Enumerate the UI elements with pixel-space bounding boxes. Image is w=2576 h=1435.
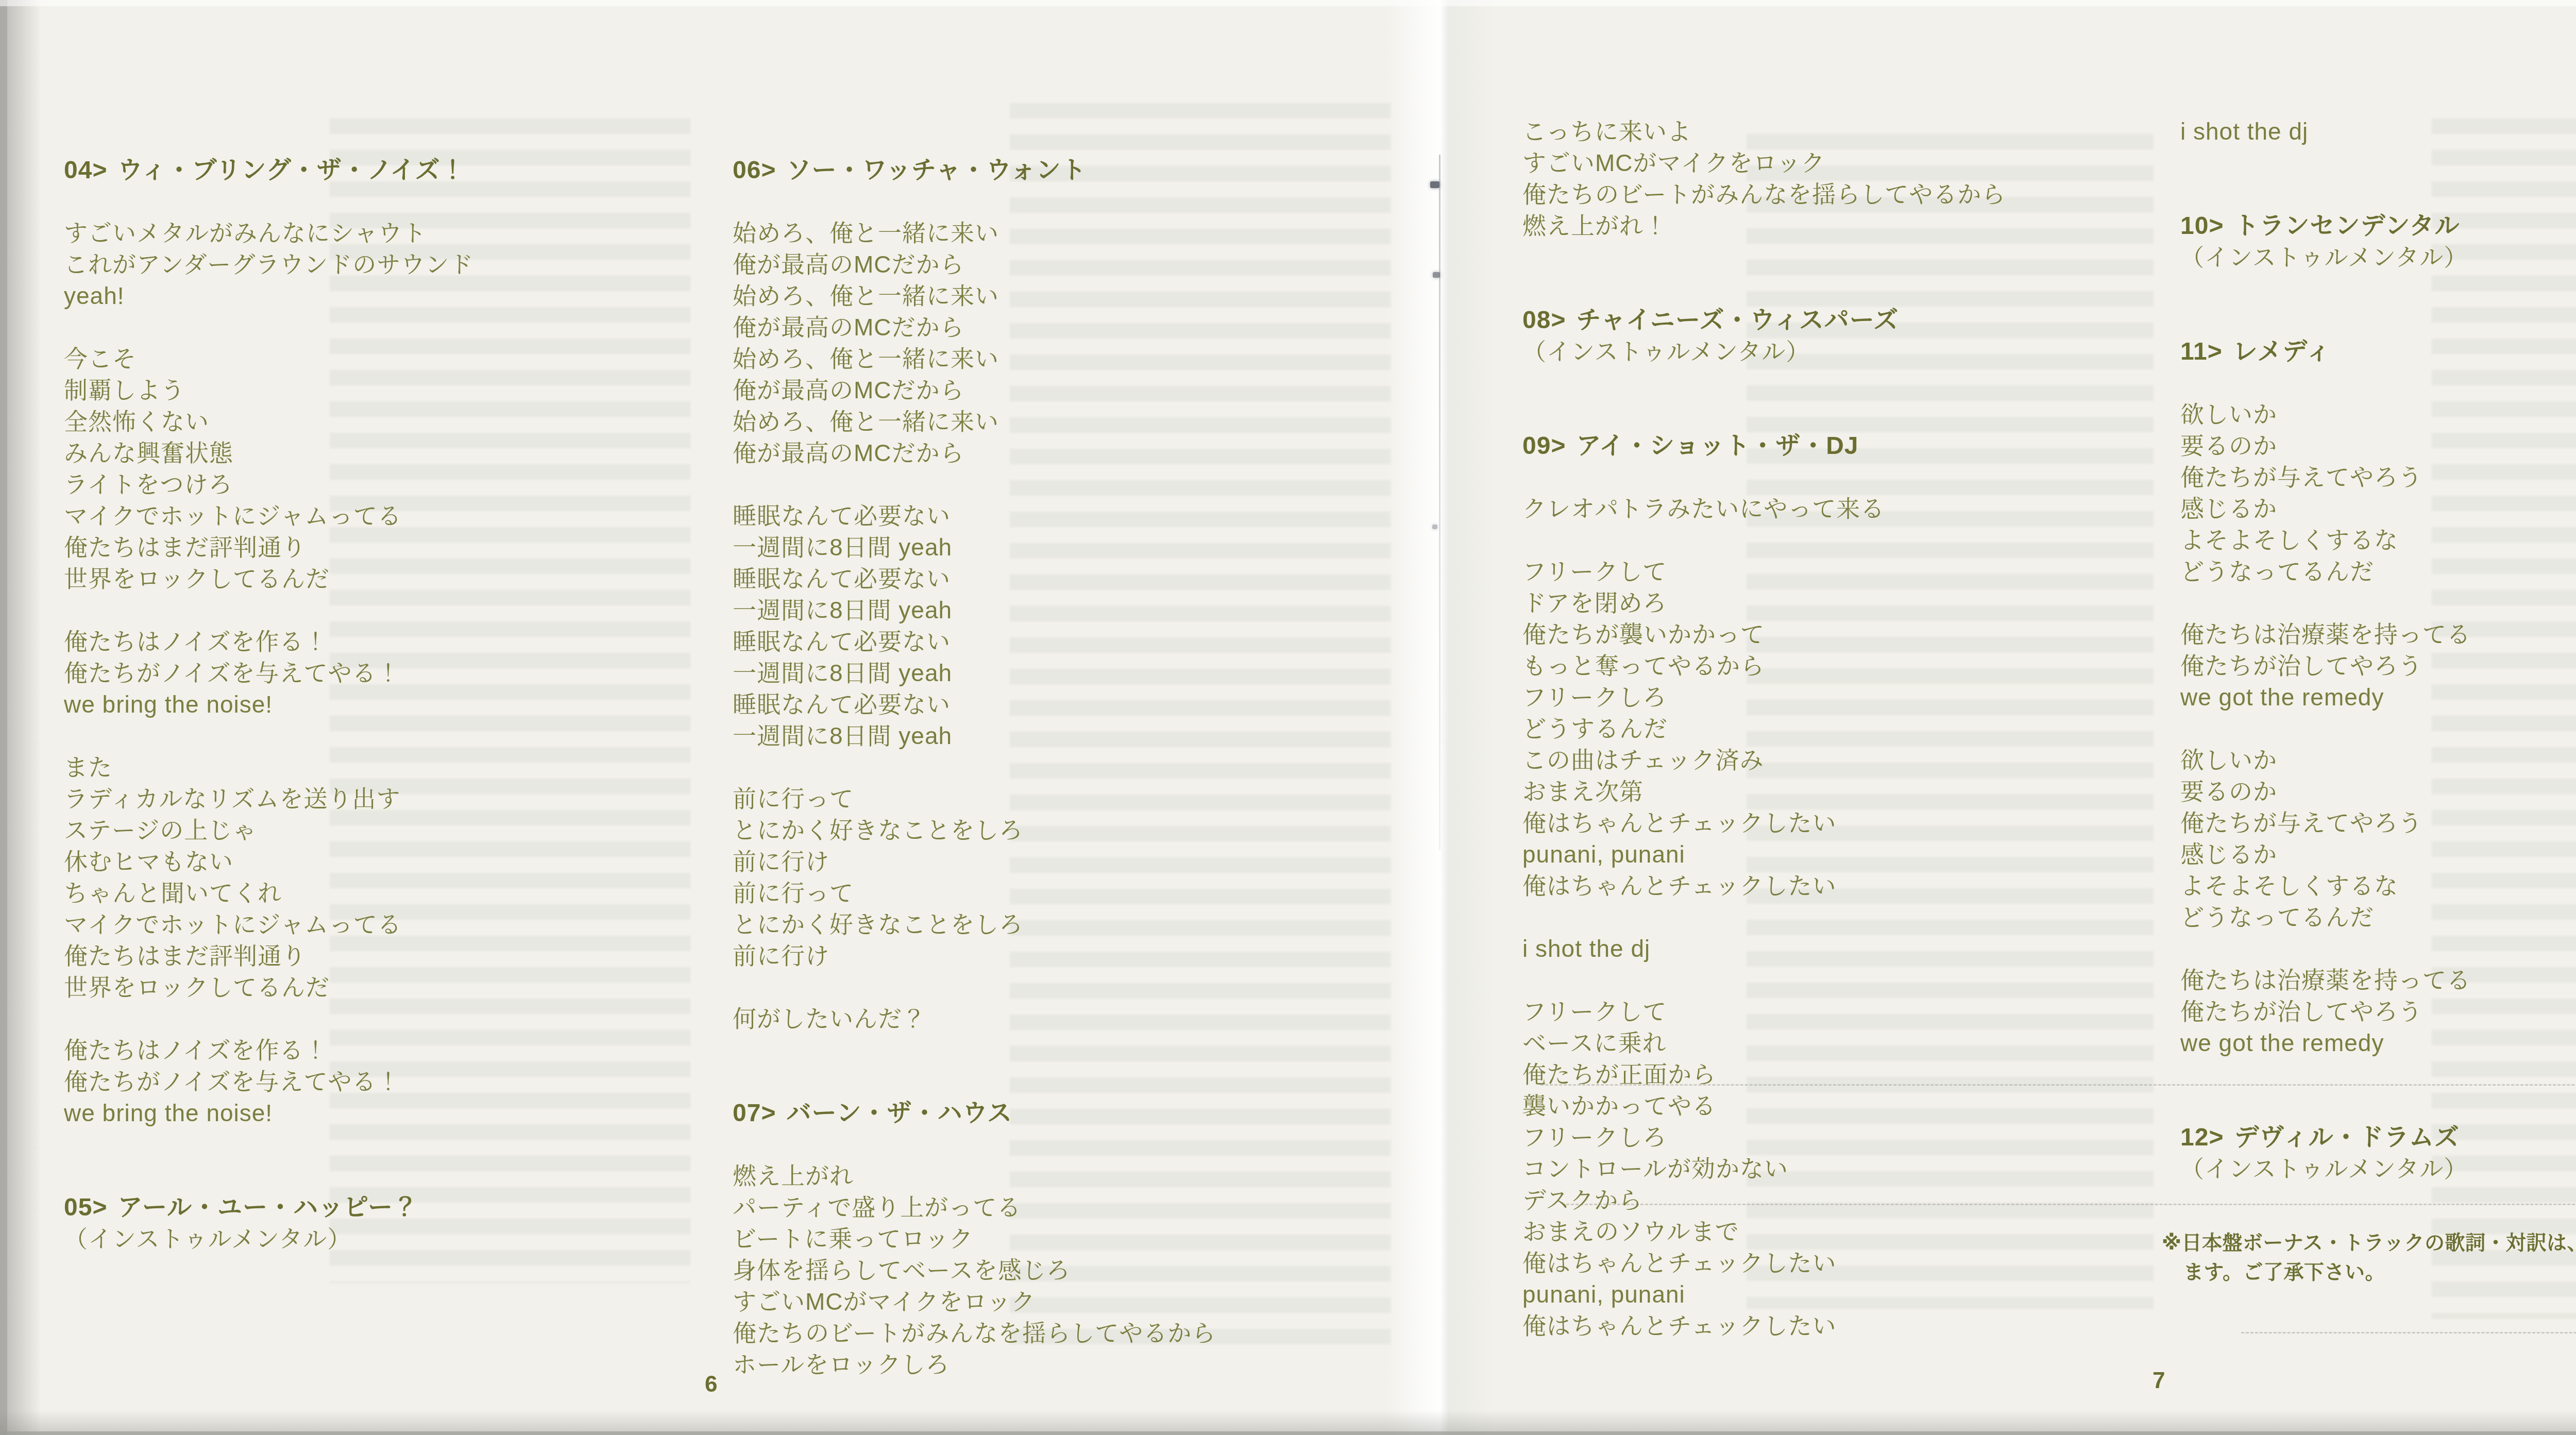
stanza-gap [1522, 242, 2208, 273]
footnote-line: ます。ご了承下さい。 [2162, 1258, 2576, 1287]
lyric-line: we bring the noise! [64, 689, 749, 720]
lyric-line: 俺たちのビートがみんなを揺らしてやるから [733, 1318, 1418, 1349]
stanza-gap [1522, 902, 2208, 933]
lyric-line: ビートに乗ってロック [733, 1223, 1418, 1255]
lyric-line: 燃え上がれ [733, 1160, 1418, 1192]
track-title: アール・ユー・ハッピー？ [117, 1194, 418, 1221]
lyric-line: 俺たちがノイズを与えてやる！ [64, 1066, 749, 1098]
lyric-line: 休むヒマもない [64, 846, 749, 877]
lyric-line: yeah! [64, 280, 749, 312]
fold-crease-line [1439, 155, 1440, 850]
lyric-line: 感じるか [2180, 839, 2576, 870]
track-number: 12> [2180, 1124, 2224, 1151]
lyric-line: 俺たちはノイズを作る！ [64, 1035, 749, 1066]
stanza-gap [1522, 273, 2208, 305]
lyric-line: もっと奪ってやるから [1522, 650, 2208, 682]
lyric-line: 世界をロックしてるんだ [64, 563, 749, 595]
track-heading: 07>バーン・ザ・ハウス [733, 1098, 1418, 1129]
lyric-line: フリークして [1522, 556, 2208, 587]
track-title: バーン・ザ・ハウス [786, 1100, 1012, 1127]
lyric-line: we bring the noise! [64, 1098, 749, 1129]
footnote-line: ※日本盤ボーナス・トラックの歌詞・対訳は、割愛させていただき [2162, 1228, 2576, 1258]
lyric-line: 睡眠なんて必要ない [733, 626, 1418, 657]
staple-mark [1432, 525, 1437, 529]
lyric-line: 燃え上がれ！ [1522, 210, 2208, 242]
lyric-line: 俺はちゃんとチェックしたい [1522, 1310, 2208, 1342]
lyric-line: 俺たちはまだ評判通り [64, 940, 749, 972]
track-heading: 12>デヴィル・ドラムズ [2180, 1122, 2576, 1153]
lyric-line: 制覇しよう [64, 375, 749, 406]
lyric-line: 始めろ、俺と一緒に来い [733, 343, 1418, 375]
lyric-line: 始めろ、俺と一緒に来い [733, 280, 1418, 312]
stanza-gap [1522, 399, 2208, 430]
track-title: チャイニーズ・ウィスパーズ [1576, 307, 1899, 334]
lyric-line: 始めろ、俺と一緒に来い [733, 406, 1418, 437]
track-title: ウィ・ブリング・ザ・ノイズ！ [117, 157, 465, 184]
lyric-line: 襲いかかってやる [1522, 1090, 2208, 1122]
stanza-gap [733, 1035, 1418, 1066]
lyric-line: みんな興奮状態 [64, 437, 749, 469]
lyric-line: とにかく好きなことをしろ [733, 815, 1418, 846]
lyric-line: どうなってるんだ [2180, 902, 2576, 933]
lyrics-column-1: 04>ウィ・ブリング・ザ・ノイズ！すごいメタルがみんなにシャウトこれがアンダーグ… [64, 155, 749, 1255]
stanza-gap [2180, 1090, 2576, 1122]
stanza-gap [2180, 179, 2576, 210]
lyrics-column-4: i shot the dj10>トランセンデンタル（インストゥルメンタル）11>… [2180, 116, 2576, 1185]
lyric-line: 俺たちは治療薬を持ってる [2180, 619, 2576, 650]
stanza-gap [2180, 273, 2576, 305]
stanza-gap [1522, 367, 2208, 399]
lyric-line: フリークしろ [1522, 682, 2208, 713]
track-title: トランセンデンタル [2234, 212, 2460, 240]
track-number: 04> [64, 157, 107, 184]
stanza-gap [2180, 933, 2576, 965]
lyric-line: よそよそしくするな [2180, 525, 2576, 556]
stanza-gap [1522, 462, 2208, 493]
stanza-gap [2180, 713, 2576, 745]
page-edge-shadow-bottom [0, 1431, 2576, 1435]
track-heading: 08>チャイニーズ・ウィスパーズ [1522, 305, 2208, 336]
lyric-line: 一週間に8日間 yeah [733, 657, 1418, 689]
lyric-line: ステージの上じゃ [64, 815, 749, 846]
lyric-line: 一週間に8日間 yeah [733, 532, 1418, 563]
lyric-line: 俺たちが治してやろう [2180, 996, 2576, 1027]
lyric-line: 俺たちが与えてやろう [2180, 807, 2576, 839]
lyric-line: 俺たちがノイズを与えてやる！ [64, 657, 749, 689]
stanza-gap [2180, 367, 2576, 399]
lyric-line: ホールをロックしろ [733, 1349, 1418, 1380]
lyric-line: 俺たちが与えてやろう [2180, 462, 2576, 493]
lyric-line: punani, punani [1522, 1279, 2208, 1310]
track-heading: 06>ソー・ワッチャ・ウォント [733, 155, 1418, 186]
lyric-line: 睡眠なんて必要ない [733, 563, 1418, 595]
lyric-line: こっちに来いよ [1522, 116, 2208, 147]
lyric-line: デスクから [1522, 1185, 2208, 1216]
lyric-line: 俺たちが治してやろう [2180, 650, 2576, 682]
lyric-line: おまえ次第 [1522, 776, 2208, 807]
lyric-line: 睡眠なんて必要ない [733, 689, 1418, 720]
lyric-line: クレオパトラみたいにやって来る [1522, 493, 2208, 525]
lyric-line: 俺たちはまだ評判通り [64, 532, 749, 563]
lyric-line: 俺たちのビートがみんなを揺らしてやるから [1522, 179, 2208, 210]
lyric-line: これがアンダーグラウンドのサウンド [64, 249, 749, 280]
lyric-line: どうするんだ [1522, 713, 2208, 745]
stanza-gap [64, 1129, 749, 1160]
page-number-right: 7 [2153, 1368, 2165, 1394]
stanza-gap [2180, 587, 2576, 619]
lyric-line: 感じるか [2180, 493, 2576, 525]
lyric-line: 身体を揺らしてベースを感じろ [733, 1255, 1418, 1286]
instrumental-label: （インストゥルメンタル） [64, 1223, 749, 1255]
booklet-spread-scan: { "document": { "kind": "cd-booklet-lyri… [0, 0, 2576, 1435]
stanza-gap [64, 186, 749, 217]
stanza-gap [733, 972, 1418, 1003]
lyric-line: とにかく好きなことをしろ [733, 909, 1418, 940]
lyric-line: 今こそ [64, 343, 749, 375]
track-heading: 10>トランセンデンタル [2180, 210, 2576, 242]
lyric-line: 俺たちが正面から [1522, 1059, 2208, 1090]
page-edge-shadow-left [0, 0, 7, 1435]
lyric-line: 前に行って [733, 877, 1418, 909]
page-edge-highlight-top [0, 0, 2576, 6]
lyric-line: 欲しいか [2180, 399, 2576, 430]
bleed-dashed-rule [2241, 1332, 2576, 1333]
staple-mark [1430, 181, 1439, 188]
lyric-line: パーティで盛り上がってる [733, 1192, 1418, 1223]
track-title: アイ・ショット・ザ・DJ [1576, 432, 1858, 460]
footnote-container: ※日本盤ボーナス・トラックの歌詞・対訳は、割愛させていただき ます。ご了承下さい… [2162, 1153, 2576, 1287]
track-number: 11> [2180, 338, 2223, 365]
lyric-line: 欲しいか [2180, 745, 2576, 776]
track-heading: 05>アール・ユー・ハッピー？ [64, 1192, 749, 1223]
lyric-line: 全然怖くない [64, 406, 749, 437]
page-number-left: 6 [705, 1372, 717, 1397]
track-heading: 04>ウィ・ブリング・ザ・ノイズ！ [64, 155, 749, 186]
lyric-line: 俺たちは治療薬を持ってる [2180, 965, 2576, 996]
stanza-gap [733, 186, 1418, 217]
lyric-line: すごいメタルがみんなにシャウト [64, 217, 749, 249]
track-title: デヴィル・ドラムズ [2234, 1124, 2460, 1151]
lyric-line: おまえのソウルまで [1522, 1216, 2208, 1247]
lyric-line: punani, punani [1522, 839, 2208, 870]
stanza-gap [2180, 147, 2576, 179]
stanza-gap [64, 1003, 749, 1035]
track-number: 08> [1522, 307, 1566, 334]
lyric-line: 世界をロックしてるんだ [64, 972, 749, 1003]
stanza-gap [1522, 525, 2208, 556]
lyric-line: 俺はちゃんとチェックしたい [1522, 870, 2208, 902]
stanza-gap [733, 1129, 1418, 1160]
lyric-line: 始めろ、俺と一緒に来い [733, 217, 1418, 249]
stanza-gap [64, 312, 749, 343]
track-number: 07> [733, 1100, 776, 1127]
lyric-line: よそよそしくするな [2180, 870, 2576, 902]
lyric-line: 俺が最高のMCだから [733, 312, 1418, 343]
instrumental-label: （インストゥルメンタル） [2180, 242, 2576, 273]
track-title: レメディ [2233, 338, 2331, 365]
lyric-line: マイクでホットにジャムってる [64, 909, 749, 940]
lyric-line: ラディカルなリズムを送り出す [64, 783, 749, 815]
lyric-line: 俺はちゃんとチェックしたい [1522, 807, 2208, 839]
bonus-track-footnote: ※日本盤ボーナス・トラックの歌詞・対訳は、割愛させていただき ます。ご了承下さい… [2162, 1228, 2576, 1287]
lyric-line: 俺が最高のMCだから [733, 437, 1418, 469]
lyric-line: 俺はちゃんとチェックしたい [1522, 1247, 2208, 1279]
stanza-gap [64, 595, 749, 626]
lyric-line: どうなってるんだ [2180, 556, 2576, 587]
lyric-line: 俺たちはノイズを作る！ [64, 626, 749, 657]
track-number: 06> [733, 157, 776, 184]
lyric-line: ちゃんと聞いてくれ [64, 877, 749, 909]
stanza-gap [64, 1160, 749, 1192]
lyric-line: we got the remedy [2180, 1027, 2576, 1059]
lyric-line: コントロールが効かない [1522, 1153, 2208, 1185]
lyric-line: i shot the dj [1522, 933, 2208, 965]
track-heading: 11>レメディ [2180, 336, 2576, 367]
staple-mark [1433, 272, 1440, 278]
lyrics-column-3: こっちに来いよすごいMCがマイクをロック俺たちのビートがみんなを揺らしてやるから… [1522, 116, 2208, 1342]
lyric-line: 俺が最高のMCだから [733, 375, 1418, 406]
stanza-gap [733, 1066, 1418, 1098]
lyric-line: この曲はチェック済み [1522, 745, 2208, 776]
track-number: 10> [2180, 212, 2224, 240]
lyric-line: ライトをつけろ [64, 469, 749, 500]
lyric-line: i shot the dj [2180, 116, 2576, 147]
lyric-line: フリークしろ [1522, 1122, 2208, 1153]
lyric-line: 一週間に8日間 yeah [733, 720, 1418, 752]
lyrics-column-2: 06>ソー・ワッチャ・ウォント始めろ、俺と一緒に来い俺が最高のMCだから始めろ、… [733, 155, 1418, 1380]
lyric-line: we got the remedy [2180, 682, 2576, 713]
lyric-line: 睡眠なんて必要ない [733, 500, 1418, 532]
stanza-gap [2180, 305, 2576, 336]
lyric-line: マイクでホットにジャムってる [64, 500, 749, 532]
lyric-line: 俺が最高のMCだから [733, 249, 1418, 280]
stanza-gap [2180, 1059, 2576, 1090]
lyric-line: ベースに乗れ [1522, 1027, 2208, 1059]
lyric-line: 前に行って [733, 783, 1418, 815]
lyric-line: また [64, 752, 749, 783]
lyric-line: 俺たちが襲いかかって [1522, 619, 2208, 650]
lyric-line: 前に行け [733, 940, 1418, 972]
stanza-gap [733, 752, 1418, 783]
lyric-line: フリークして [1522, 996, 2208, 1027]
lyric-line: ドアを閉めろ [1522, 587, 2208, 619]
lyric-line: すごいMCがマイクをロック [1522, 147, 2208, 179]
track-title: ソー・ワッチャ・ウォント [786, 157, 1086, 184]
lyric-line: 要るのか [2180, 430, 2576, 462]
stanza-gap [64, 720, 749, 752]
lyric-line: 前に行け [733, 846, 1418, 877]
instrumental-label: （インストゥルメンタル） [1522, 336, 2208, 367]
stanza-gap [1522, 965, 2208, 996]
stanza-gap [733, 469, 1418, 500]
lyric-line: 一週間に8日間 yeah [733, 595, 1418, 626]
track-heading: 09>アイ・ショット・ザ・DJ [1522, 430, 2208, 462]
lyric-line: 何がしたいんだ？ [733, 1003, 1418, 1035]
lyric-line: すごいMCがマイクをロック [733, 1286, 1418, 1318]
track-number: 09> [1522, 432, 1566, 460]
lyric-line: 要るのか [2180, 776, 2576, 807]
track-number: 05> [64, 1194, 107, 1221]
